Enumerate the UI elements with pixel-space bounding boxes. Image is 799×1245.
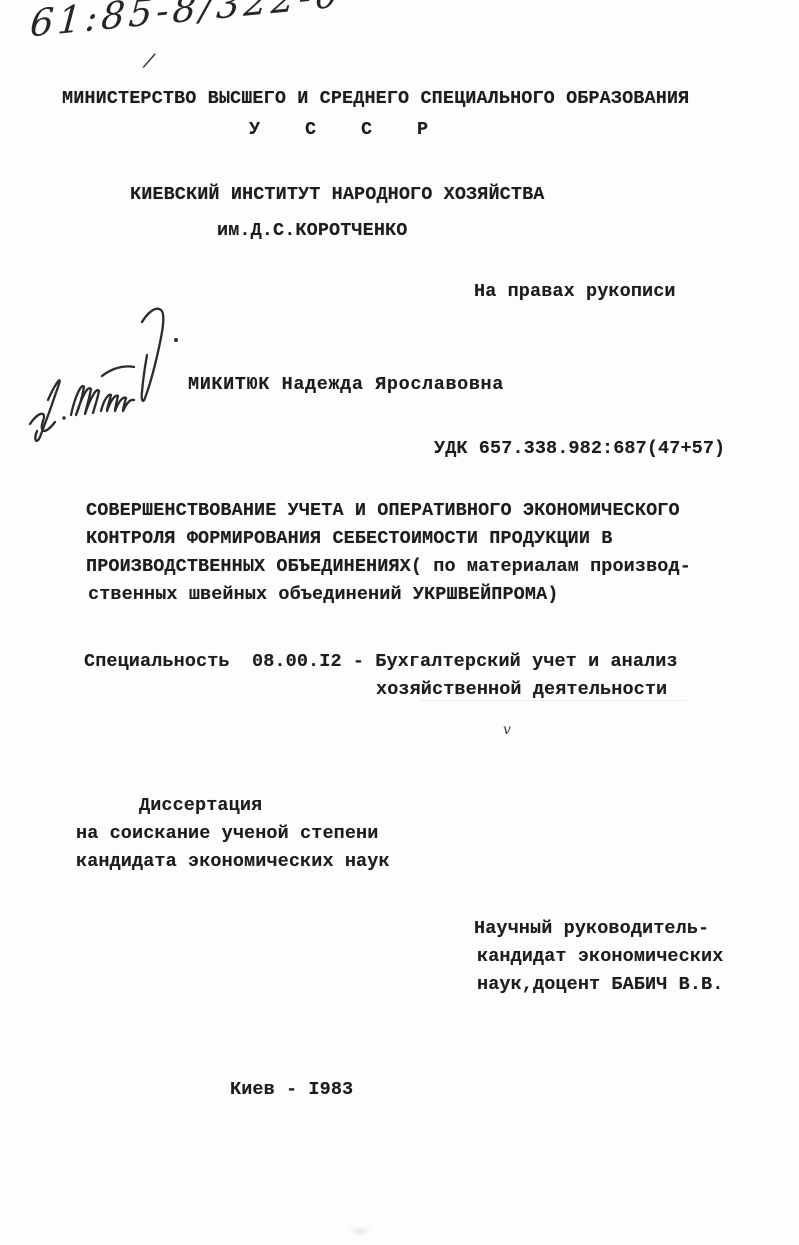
dissertation-title-line-1: СОВЕРШЕНСТВОВАНИЕ УЧЕТА И ОПЕРАТИВНОГО Э… (86, 501, 680, 521)
supervisor-line-2: кандидат экономических (477, 947, 723, 967)
dissertation-title-line-3: ПРОИЗВОДСТВЕННЫХ ОБЪЕДИНЕНИЯХ( по матери… (86, 557, 691, 577)
specialty-line-2: хозяйственной деятельности (376, 680, 667, 700)
udk-number: УДК 657.338.982:687(47+57) (434, 439, 725, 459)
manuscript-rights-note: На правах рукописи (474, 282, 676, 302)
dissertation-statement-line-1: Диссертация (139, 796, 262, 816)
dissertation-title-line-4: ственных швейных объединений УКРШВЕЙПРОМ… (88, 585, 558, 605)
check-mark: v (503, 722, 511, 738)
catalog-number-handwritten: 61:85-8/322-0 (29, 0, 345, 46)
ministry-line: МИНИСТЕРСТВО ВЫСШЕГО И СРЕДНЕГО СПЕЦИАЛЬ… (62, 89, 689, 109)
supervisor-line-3: наук,доцент БАБИЧ В.В. (477, 975, 723, 995)
institute-honoree-line: им.Д.С.КОРОТЧЕНКО (217, 221, 407, 241)
dissertation-title-line-2: КОНТРОЛЯ ФОРМИРОВАНИЯ СЕБЕСТОИМОСТИ ПРОД… (86, 529, 613, 549)
dissertation-statement-line-2: на соискание ученой степени (76, 824, 378, 844)
supervisor-line-1: Научный руководитель- (474, 919, 709, 939)
signature (14, 300, 214, 448)
institute-name-line: КИЕВСКИЙ ИНСТИТУТ НАРОДНОГО ХОЗЯЙСТВА (130, 185, 544, 205)
catalog-number-tick: / (143, 48, 155, 73)
dissertation-statement-line-3: кандидата экономических наук (76, 852, 390, 872)
signature-scribble-icon (14, 300, 214, 448)
scan-smudge (348, 1226, 372, 1236)
author-name: МИКИТЮК Надежда Ярославовна (188, 375, 504, 395)
scanned-title-page: 61:85-8/322-0 / МИНИСТЕРСТВО ВЫСШЕГО И С… (0, 0, 799, 1245)
ussr-line: У С С Р (249, 120, 428, 140)
scan-crease-line (420, 700, 686, 701)
specialty-line-1: Специальность 08.00.I2 - Бухгалтерский у… (84, 652, 678, 672)
city-year: Киев - I983 (230, 1080, 353, 1100)
